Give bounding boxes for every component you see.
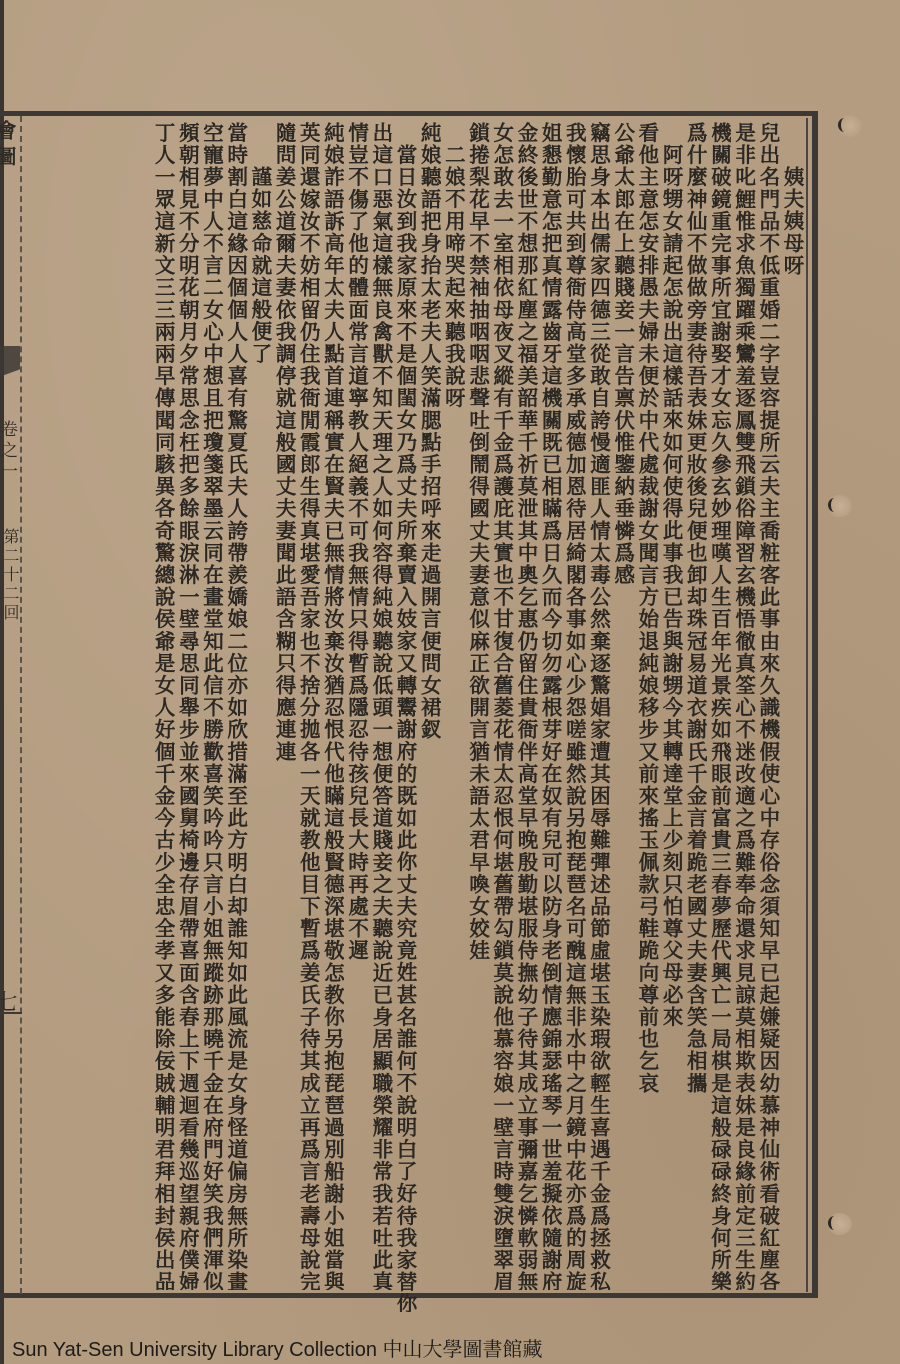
text-column: 公爺太郎在上聽賤妾一言告禀伏惟鑒納垂憐爲感	[611, 122, 635, 1290]
binding-hole-icon	[826, 1213, 852, 1235]
binding-hole-icon	[836, 115, 862, 137]
text-column: 兒出名門品不低重婚二字豈容提所云夫主喬粧客此事由來久識機假使心中存俗念須知早已起…	[756, 122, 780, 1290]
text-column: 出這口惡氣這樣無良禽獸不知天理之人如何容得純娘聽說低頭一想便答道賤妾之夫聽說近已…	[369, 122, 393, 1290]
text-column: 阿呀甥女請起怎說出這樣話來如何使得此事我已告與謝甥今其轉達堂上少刻只怕尊父母必來	[659, 122, 683, 1312]
text-column: 頻朝相見不分明花朝月夕常思念枉把多餘眼淚淋一壁尋思同舉步並來國舅椅邊存眉帶喜面含…	[175, 122, 199, 1290]
text-column: 當時割白這緣因個個人人喜有驚夏氏夫人誇帶羨嬌娘二位亦如欣措滿至此方明白却誰知如此…	[224, 122, 248, 1290]
text-column: 看他主意怎安排愚夫婦未便於中代處裁謝女聞言方始退純娘移步又前來搖玉佩款弓鞋跪向尊…	[635, 122, 659, 1290]
volume-label: 卷之一	[0, 420, 20, 483]
book-title-margin: 會圖	[0, 120, 20, 172]
text-column: 空寵夢中人不言二女心中想且把瓊箋翠墨云同在畫堂知此信不勝歡喜笑吟吟只言小姐無蹤跡…	[199, 122, 223, 1290]
text-column: 竊思身本出儒家四德三從敢自誇慢適匪人情太毒公然棄逐驚娼家遭其困辱難彈述品節虛堪玉…	[586, 122, 610, 1290]
text-column: 機關破鏡重完事所宜謝娶才女忘久參玄妙理嘆人生百年光景疾如飛眼前富貴三春夢歷代興亡…	[707, 122, 731, 1290]
text-column: 爲什麼神仙不做做旁妻待吾表妹更妝後兒便也卸却珠冠易道衣謝氏千金言着跪老國丈夫妻含…	[683, 122, 707, 1290]
text-column: 姐懇勤意怎把真情露齒牙這機關既已相瞞爲日久而今切勿露根芽好在奴有兒可以防身老倒情…	[538, 122, 562, 1290]
chapter-label: 第二十二回	[2, 528, 22, 623]
page-margin-strip	[0, 116, 22, 1294]
text-column: 鎖捲梨花早不禁袖抽咽咽悲聲吐倒鬧得國丈夫妻意似麻正欲開言猶未語太君早喚女姣娃	[465, 122, 489, 1290]
text-column: 丁人一眾這新文三三兩兩早傳聞同駭異各奇驚總說侯爺是女人好個千金今古少全忠全孝又多…	[151, 122, 175, 1290]
collection-watermark: Sun Yat-Sen University Library Collectio…	[12, 1333, 543, 1362]
text-column: 我懷胎可共到尊衙侍高堂多承威德加恩待居綺閣各事如心少怨嗟雖然說另抱琵琶名可醜這無…	[562, 122, 586, 1290]
text-column: 英同還嫁汝不妨相留仍住我衙閒霞郎生得真堪愛吾家也不捨分拋各一天就教他目下暫爲姜氏…	[296, 122, 320, 1290]
text-column: 當日汝到我家原來不是個閨女乃爲丈夫所棄賣入妓家又轉鬻謝府的既如此你丈夫究竟姓甚名…	[393, 122, 417, 1312]
page-border-inner-line	[806, 118, 808, 1292]
text-column: 謹如慈命就這般便了	[248, 122, 272, 1334]
text-column: 二娘不用啼哭起來聽我說呀	[441, 122, 465, 1312]
text-column: 隨問姜公道爾夫妻依我調停就這般國丈夫妻聞此語含糊只得應連連	[272, 122, 296, 1290]
text-column: 純娘聽語把身抬太老夫人笑滿腮點手招呼來走過開言便問女裙釵	[417, 122, 441, 1290]
text-column: 純娘詐語訴高年太夫人點首連稱實在賢夫已無情將汝棄汝猶忍恨代他瞞這般賢德深堪敬怎教…	[320, 122, 344, 1290]
text-column: 姨夫姨母呀	[780, 122, 804, 1334]
fish-tail-mark-icon	[0, 346, 20, 406]
text-column: 情豈不傷了他的體面常言道寧教人絕義不可我無情只得暫爲隱忍待孩兒長大時再處不遲	[344, 122, 368, 1290]
text-column: 是非叱鯉惟求魚獨躍乘鸞羞逐鳳雙飛鎖俗障習玄機悟徹真筌心不迷改適之爲難奉命還求見諒…	[731, 122, 755, 1290]
binding-hole-icon	[826, 495, 852, 517]
page-number: 七	[0, 990, 20, 1012]
text-column: 金終後世不想那紅塵之福美韶華千祈莫泄其中奧乞惠仍留住貴衙伴高堂早晚殷勤堪服侍撫幼…	[514, 122, 538, 1290]
text-column: 女怎敢去一室相依母夜叉縱有千金爲護庇其實也不甘復合舊菱花情太忍恨何堪舊帶勾鎖莫說…	[490, 122, 514, 1290]
vertical-text-body: 姨夫姨母呀 兒出名門品不低重婚二字豈容提所云夫主喬粧客此事由來久識機假使心中存俗…	[24, 122, 804, 1292]
margin-divider	[0, 1012, 22, 1014]
